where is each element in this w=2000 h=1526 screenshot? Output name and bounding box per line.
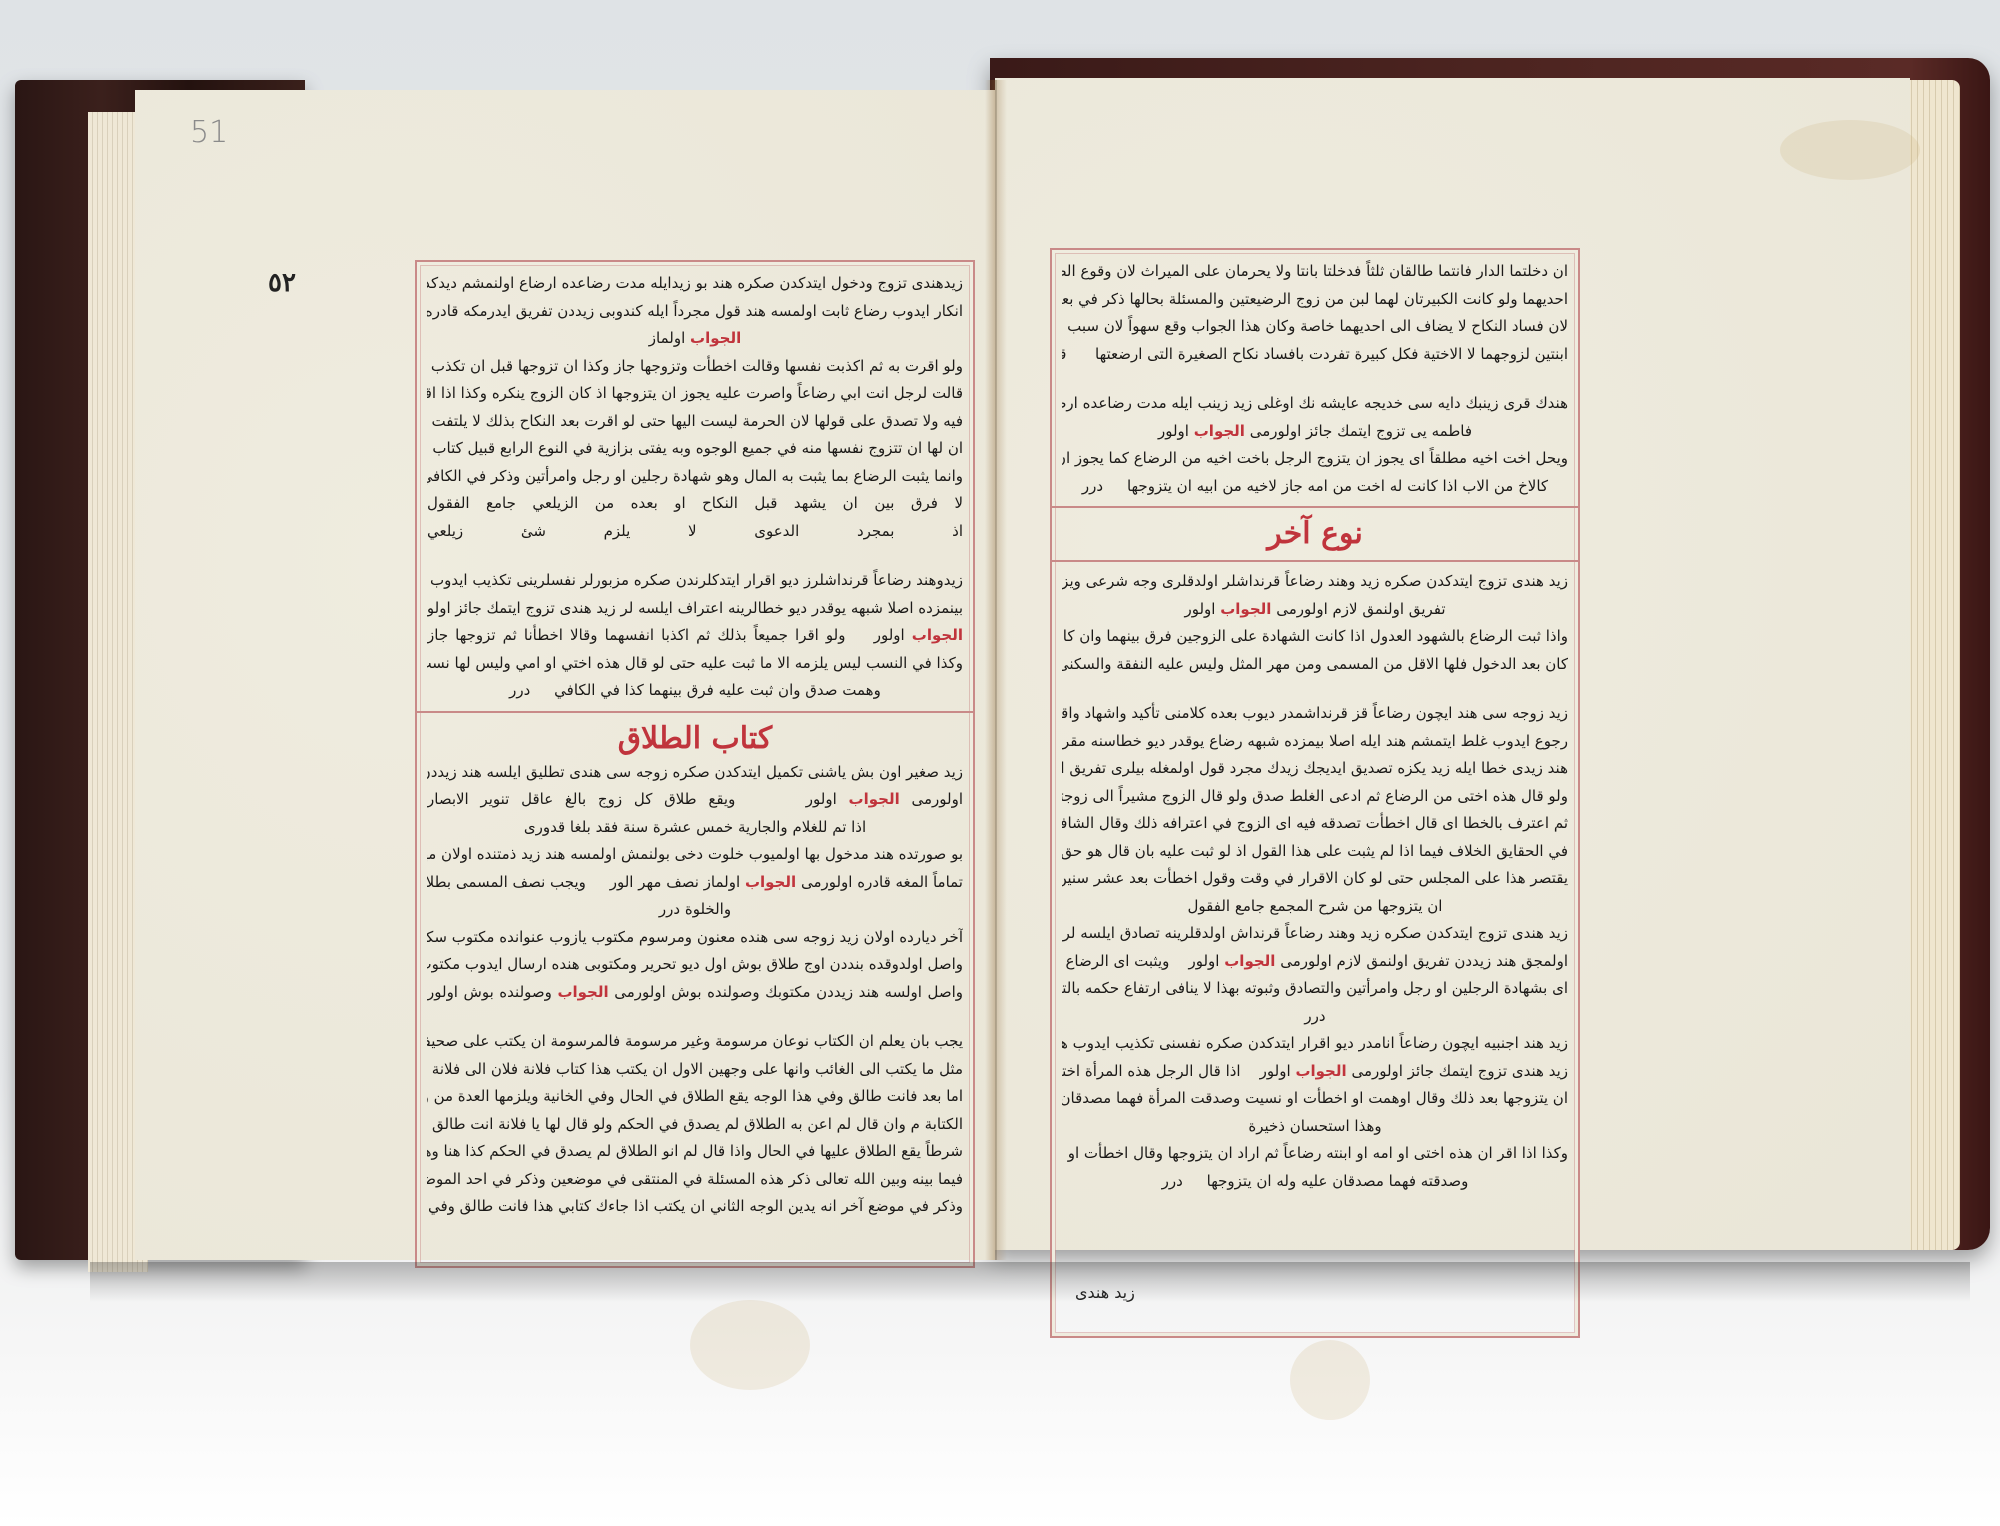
answer-rubric: الجواب: [1224, 952, 1275, 970]
spacer: [427, 545, 963, 567]
spacer: [1062, 678, 1568, 700]
citation-line: اذ بمجرد الدعوى لا يلزم شئ زيلعي: [427, 518, 963, 546]
source-reference: قاضيخان: [1062, 345, 1066, 363]
citation-line: مثل ما يكتب الى الغائب وانها على وجهين ا…: [427, 1056, 963, 1084]
answer-line: اولورمى الجواب اولور ويقع طلاق كل زوج با…: [427, 786, 963, 814]
question-line: زيدهندى تزوج ودخول ايتدكدن صكره هند بو ز…: [427, 270, 963, 298]
citation-line: وهمت صدق وان ثبت عليه فرق بينهما كذا في …: [427, 677, 963, 705]
answer-line: واصل اولسه هند زيددن مكتوبك وصولنده بوش …: [427, 979, 963, 1007]
citation-line: في الحقايق الخلاف فيما اذا لم يثبت على ه…: [1062, 838, 1568, 866]
citation-text: ويثبت اى الرضاع بما يثبت الملك كالبينة: [1062, 952, 1169, 970]
question-line: زيدوهند رضاعاً قرنداشلرز ديو اقرار ايتدك…: [427, 567, 963, 595]
question-line: آخر ديارده اولان زيد زوجه سى هنده معنون …: [427, 924, 963, 952]
question-line: بينمزده اصلا شبهه يوقدر ديو خطالرينه اعت…: [427, 595, 963, 623]
left-text-frame: زيدهندى تزوج ودخول ايتدكدن صكره هند بو ز…: [415, 260, 975, 1268]
question-line: زيد هندى تزوج ايتدكدن صكره زيد وهند رضاع…: [1062, 920, 1568, 948]
source-reference: درر: [509, 681, 530, 699]
citation-line: وانما يثبت الرضاع بما يثبت به المال وهو …: [427, 463, 963, 491]
answer-line: الجواب اولور ولو اقرا جميعاً بذلك ثم اكذ…: [427, 622, 963, 650]
question-text: تفريق اولنمق لازم اولورمى: [1276, 600, 1445, 618]
citation-line: ان لها ان تتزوج نفسها منه في جميع الوجوه…: [427, 435, 963, 463]
citation-line: وكذا في النسب ليس يلزمه الا ما ثبت عليه …: [427, 650, 963, 678]
question-line: هندك قرى زينبك دايه سى خديجه عايشه نك او…: [1062, 390, 1568, 418]
fatwa-block: يجب بان يعلم ان الكتاب نوعان مرسومة وغير…: [427, 1028, 963, 1221]
fatwa-block: زيدوهند رضاعاً قرنداشلرز ديو اقرار ايتدك…: [427, 567, 963, 705]
citation-line: احديهما ولو كانت الكبيرتان لهما لبن من ز…: [1062, 286, 1568, 314]
citation-line: ان دخلتما الدار فانتما طالقان ثلثاً فدخل…: [1062, 258, 1568, 286]
citation-line: ولو اقرت به ثم اكذبت نفسها وقالت اخطأت و…: [427, 353, 963, 381]
fatwa-block: زيد صغير اون بش ياشنى تكميل ايتدكدن صكره…: [427, 759, 963, 842]
answer-rubric: الجواب: [690, 329, 741, 347]
answer-rubric: الجواب: [745, 873, 796, 891]
citation-line: كالاخ من الاب اذا كانت له اخت من امه جاز…: [1062, 473, 1568, 501]
citation-text: ويجب نصف المسمى بطلاق قبل الوطء: [427, 873, 586, 891]
citation-text: وهمت صدق وان ثبت عليه فرق بينهما كذا في …: [554, 681, 881, 699]
citation-line: ولو قال هذه اختى من الرضاع ثم ادعى الغلط…: [1062, 783, 1568, 811]
citation-text: ويقع طلاق كل زوج بالغ عاقل تنوير الابصار: [427, 790, 735, 808]
fatwa-block: زيد هندى تزوج ايتدكدن صكره زيد وهند رضاع…: [1062, 920, 1568, 1030]
source-reference: درر: [1162, 1172, 1183, 1190]
citation-line: وذكر في موضع آخر انه يدين الوجه الثاني ا…: [427, 1193, 963, 1221]
red-rule-divider: [1052, 560, 1578, 562]
answer-line: فاطمه يى تزوج ايتمك جائز اولورمى الجواب …: [1062, 418, 1568, 446]
citation-line: شرطاً يقع الطلاق عليها في الحال واذا قال…: [427, 1138, 963, 1166]
book-gutter: [985, 80, 1007, 1260]
fatwa-block: هندك قرى زينبك دايه سى خديجه عايشه نك او…: [1062, 390, 1568, 500]
citation-line: وكذا اذا اقر ان هذه اختى او امه او ابنته…: [1062, 1140, 1568, 1168]
citation-text: كالاخ من الاب اذا كانت له اخت من امه جاز…: [1127, 477, 1548, 495]
question-line: بو صورتده هند مدخول بها اولميوب خلوت دخى…: [427, 841, 963, 869]
question-line: زيد زوجه سى هند ايچون رضاعاً قز قرنداشمد…: [1062, 700, 1568, 728]
question-line: رجوع ايدوب غلط ايتمشم هند ايله اصلا بيمز…: [1062, 728, 1568, 756]
answer-rubric: الجواب: [557, 983, 608, 1001]
question-line: زيد هند اجنبيه ايچون رضاعاً انامدر ديو ا…: [1062, 1030, 1568, 1058]
citation-line: ثم اعترف بالخطا اى قال اخطأت تصدقه فيه ا…: [1062, 810, 1568, 838]
answer-text: اولور: [1184, 600, 1215, 618]
paper-stain: [1780, 120, 1920, 180]
citation-line: والخلوة درر: [427, 896, 963, 924]
citation-line: واذا ثبت الرضاع بالشهود العدول اذا كانت …: [1062, 623, 1568, 651]
answer-line: تفريق اولنمق لازم اولورمى الجواب اولور: [1062, 596, 1568, 624]
question-text: زيد هندى تزوج ايتمك جائز اولورمى: [1351, 1062, 1568, 1080]
question-line: زيد هندى تزوج ايتدكدن صكره زيد وهند رضاع…: [1062, 568, 1568, 596]
question-line: واصل اولدوقده بنددن اوج طلاق بوش اول ديو…: [427, 951, 963, 979]
answer-text: اولماز: [649, 329, 685, 347]
fatwa-block: ان دخلتما الدار فانتما طالقان ثلثاً فدخل…: [1062, 258, 1568, 368]
question-text: اولمجق هند زيددن تفريق اولنمق لازم اولور…: [1280, 952, 1568, 970]
answer-rubric: الجواب: [1295, 1062, 1346, 1080]
answer-text: اولور: [874, 626, 905, 644]
fatwa-block: زيد هند اجنبيه ايچون رضاعاً انامدر ديو ا…: [1062, 1030, 1568, 1195]
fatwa-block: آخر ديارده اولان زيد زوجه سى هنده معنون …: [427, 924, 963, 1007]
answer-line: اولمجق هند زيددن تفريق اولنمق لازم اولور…: [1062, 948, 1568, 976]
question-text: فاطمه يى تزوج ايتمك جائز اولورمى: [1250, 422, 1472, 440]
answer-rubric: الجواب: [849, 790, 900, 808]
citation-text: وصدقته فهما مصدقان عليه وله ان يتزوجها: [1207, 1172, 1469, 1190]
paper-stain: [1290, 1340, 1370, 1420]
source-reference: درر: [1082, 477, 1103, 495]
red-rule-divider: [1052, 506, 1578, 508]
answer-text: وصولنده بوش اولور: [427, 983, 552, 1001]
question-line: زيد صغير اون بش ياشنى تكميل ايتدكدن صكره…: [427, 759, 963, 787]
answer-text: اولماز نصف مهر الور: [610, 873, 740, 891]
citation-line: اى بشهادة الرجلين او رجل وامرأتين والتصا…: [1062, 975, 1568, 1003]
citation-line: قالت لرجل انت ابي رضاعاً واصرت عليه يجوز…: [427, 380, 963, 408]
fatwa-block: زيدهندى تزوج ودخول ايتدكدن صكره هند بو ز…: [427, 270, 963, 545]
citation-line: اذا تم للغلام والجارية خمس عشرة سنة فقد …: [427, 814, 963, 842]
section-heading: نوع آخر: [1062, 514, 1568, 554]
citation-line: يجب بان يعلم ان الكتاب نوعان مرسومة وغير…: [427, 1028, 963, 1056]
paper-stain: [690, 1300, 810, 1390]
citation-line: فيما بينه وبين الله تعالى ذكر هذه المسئل…: [427, 1166, 963, 1194]
answer-text: اولور: [1188, 952, 1219, 970]
citation-line: كان بعد الدخول فلها الاقل من المسمى ومن …: [1062, 651, 1568, 679]
citation-line: لا فرق بين ان يشهد قبل النكاح او بعده من…: [427, 490, 963, 518]
spacer: [1062, 368, 1568, 390]
citation-line: الكتابة م وان قال لم اعن به الطلاق لم يص…: [427, 1111, 963, 1139]
page-number: ٥٢: [268, 268, 296, 298]
citation-text: ابنتين لزوجهما لا الاختية فكل كبيرة تفرد…: [1095, 345, 1568, 363]
answer-line: زيد هندى تزوج ايتمك جائز اولورمى الجواب …: [1062, 1058, 1568, 1086]
answer-rubric: الجواب: [912, 626, 963, 644]
answer-rubric: الجواب: [1194, 422, 1245, 440]
citation-line: اما بعد فانت طالق وفي هذا الوجه يقع الطل…: [427, 1083, 963, 1111]
citation-text: كان بعد الدخول فلها الاقل من المسمى ومن …: [1062, 655, 1568, 673]
pencil-folio-number: 51: [190, 115, 228, 150]
citation-line: ابنتين لزوجهما لا الاختية فكل كبيرة تفرد…: [1062, 341, 1568, 369]
citation-line: فيه ولا تصدق على قولها لان الحرمة ليست ا…: [427, 408, 963, 436]
citation-line: ويحل اخت اخيه مطلقاً اى يجوز ان يتزوج ال…: [1062, 445, 1568, 473]
answer-rubric: الجواب: [1220, 600, 1271, 618]
section-heading: كتاب الطلاق: [427, 719, 963, 759]
question-text: اولورمى: [911, 790, 963, 808]
question-text: هند زيدى خطا ايله زيد يكزه تصديق ايديجك …: [1062, 759, 1568, 777]
answer-line: الجواب اولماز: [427, 325, 963, 353]
fatwa-block: زيد هندى تزوج ايتدكدن صكره زيد وهند رضاع…: [1062, 568, 1568, 678]
citation-line: وهذا استحسان ذخيرة: [1062, 1113, 1568, 1141]
red-rule-divider: [417, 711, 973, 713]
citation-line: وصدقته فهما مصدقان عليه وله ان يتزوجها د…: [1062, 1168, 1568, 1196]
source-reference: درر: [1062, 1003, 1568, 1031]
fatwa-block: زيد زوجه سى هند ايچون رضاعاً قز قرنداشمد…: [1062, 700, 1568, 920]
answer-text: اولور: [1260, 1062, 1291, 1080]
answer-text: اولور: [806, 790, 837, 808]
citation-line: ان يتزوجها بعد ذلك وقال اوهمت او اخطأت ا…: [1062, 1085, 1568, 1113]
citation-line: ان يتزوجها من شرح المجمع جامع الفقول: [1062, 893, 1568, 921]
fatwa-block: بو صورتده هند مدخول بها اولميوب خلوت دخى…: [427, 841, 963, 924]
question-line: انكار ايدوب رضاع ثابت اولمسه هند قول مجر…: [427, 298, 963, 326]
right-text-frame: ان دخلتما الدار فانتما طالقان ثلثاً فدخل…: [1050, 248, 1580, 1338]
answer-line: تماماً المغه قادره اولورمى الجواب اولماز…: [427, 869, 963, 897]
citation-text: اذا قال الرجل هذه المرأة اختى من الرضاع …: [1062, 1062, 1241, 1080]
answer-text: اولور: [1158, 422, 1189, 440]
citation-text: ولو اقرا جميعاً بذلك ثم اكذبا انفسهما وق…: [427, 626, 845, 644]
question-text: واصل اولسه هند زيددن مكتوبك وصولنده بوش …: [614, 983, 963, 1001]
citation-line: يقتصر هذا على المجلس حتى لو كان الاقرار …: [1062, 865, 1568, 893]
question-text: تماماً المغه قادره اولورمى: [801, 873, 963, 891]
book-shadow: [90, 1262, 1970, 1302]
citation-line: لان فساد النكاح لا يضاف الى احديهما خاصة…: [1062, 313, 1568, 341]
answer-line: هند زيدى خطا ايله زيد يكزه تصديق ايديجك …: [1062, 755, 1568, 783]
spacer: [427, 1006, 963, 1028]
